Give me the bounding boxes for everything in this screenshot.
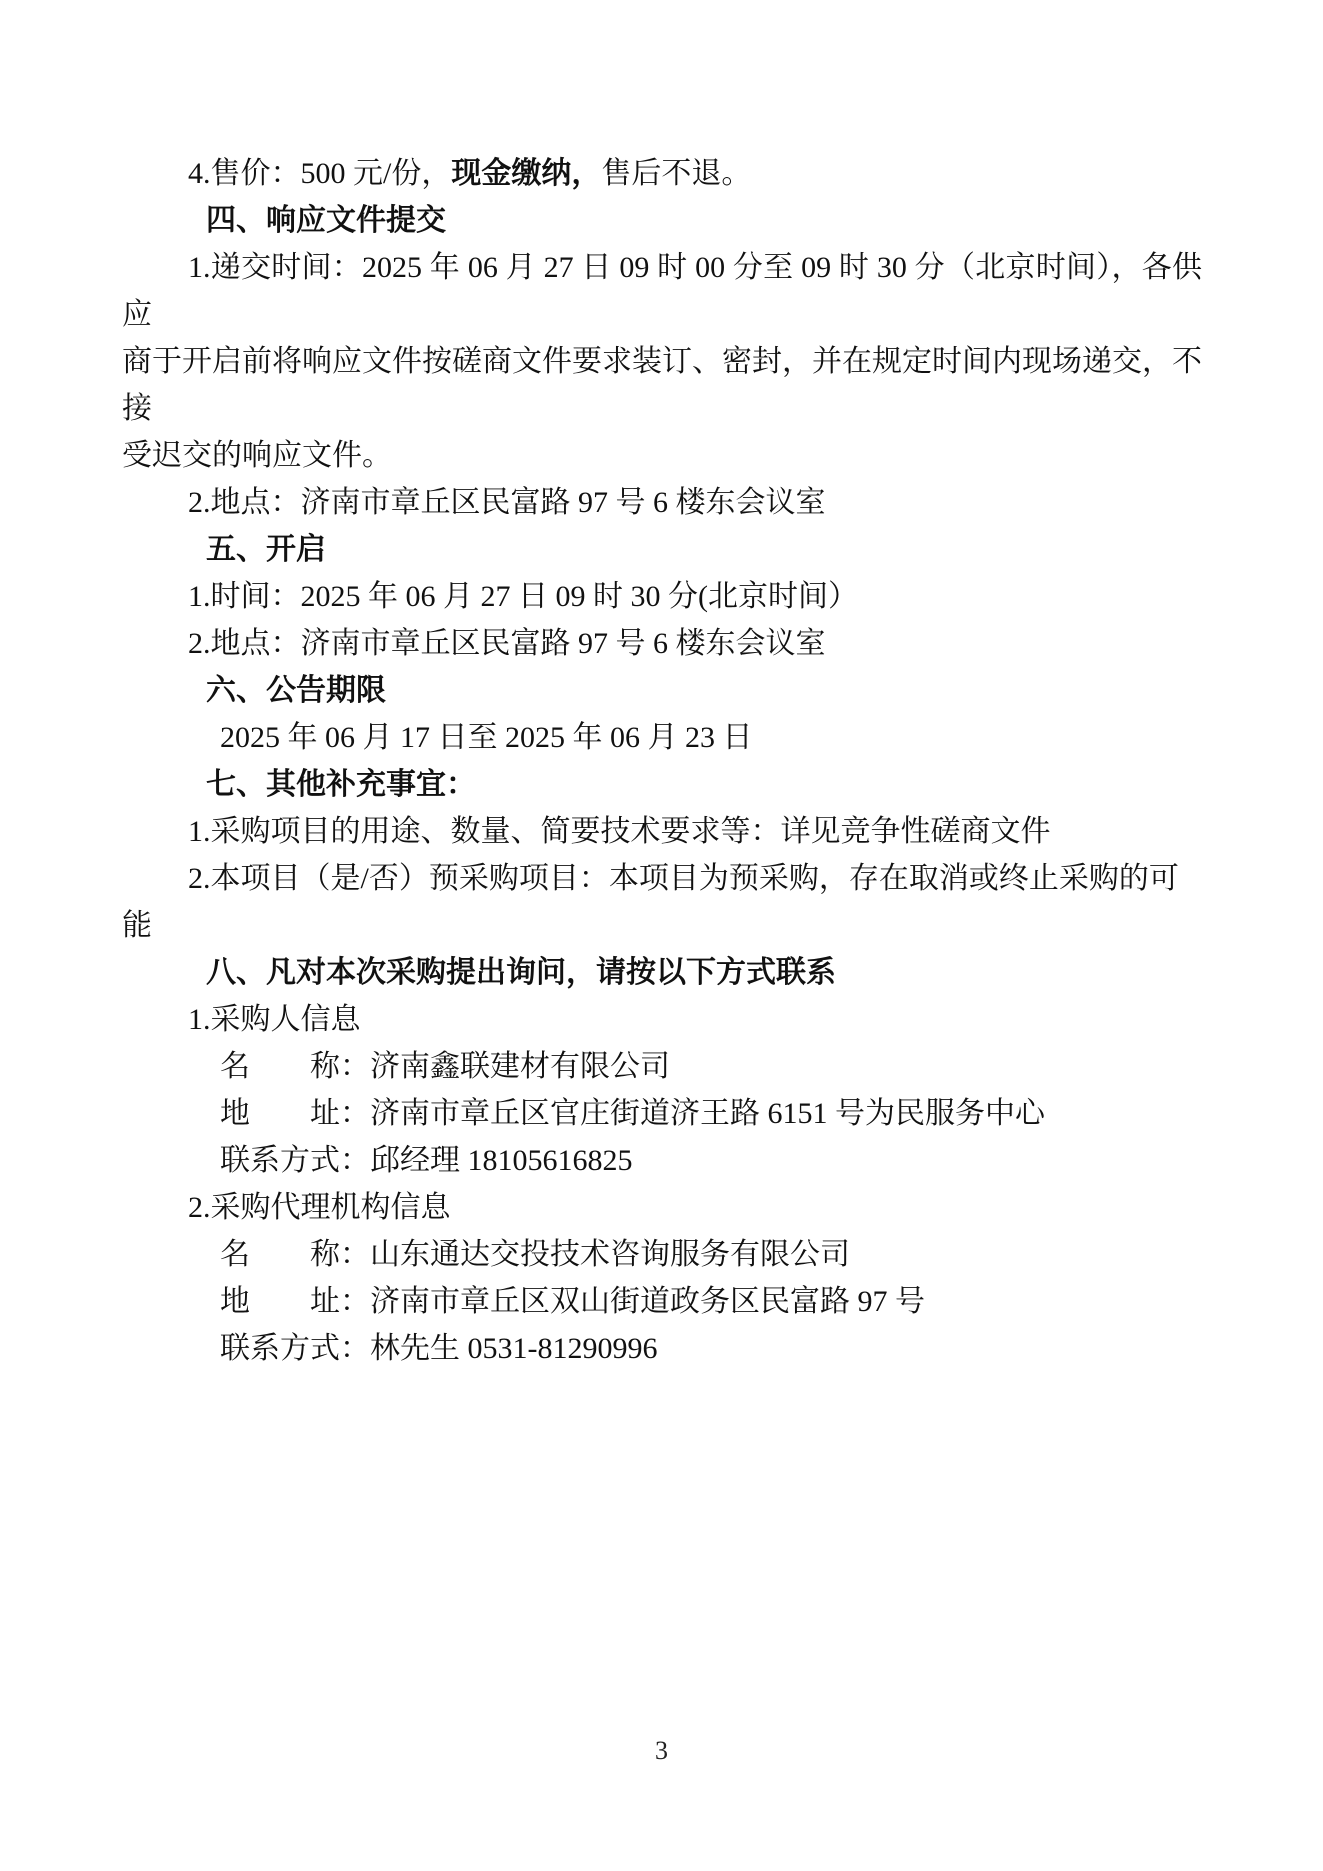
document-line: 七、其他补充事宜：	[122, 761, 1202, 808]
emphasized-text: 现金缴纳，	[451, 157, 601, 190]
document-line: 2.本项目（是/否）预采购项目：本项目为预采购，存在取消或终止采购的可能	[122, 855, 1202, 949]
page-number: 3	[0, 1736, 1323, 1766]
text-segment: 4.售价：500 元/份，	[188, 157, 451, 190]
document-line: 名 称：山东通达交投技术咨询服务有限公司	[122, 1231, 1202, 1278]
document-line: 1.采购项目的用途、数量、简要技术要求等：详见竞争性磋商文件	[122, 808, 1202, 855]
document-line: 1.递交时间：2025 年 06 月 27 日 09 时 00 分至 09 时 …	[122, 244, 1202, 338]
document-page: 4.售价：500 元/份，现金缴纳，售后不退。四、响应文件提交1.递交时间：20…	[0, 0, 1323, 1871]
document-line: 商于开启前将响应文件按磋商文件要求装订、密封，并在规定时间内现场递交，不接	[122, 338, 1202, 432]
document-line: 2.采购代理机构信息	[122, 1184, 1202, 1231]
text-segment: 售后不退。	[601, 157, 751, 190]
document-line: 六、公告期限	[122, 667, 1202, 714]
document-line: 四、响应文件提交	[122, 197, 1202, 244]
document-line: 五、开启	[122, 526, 1202, 573]
document-line: 1.采购人信息	[122, 996, 1202, 1043]
document-line: 受迟交的响应文件。	[122, 432, 1202, 479]
document-line: 名 称：济南鑫联建材有限公司	[122, 1043, 1202, 1090]
document-line: 联系方式：林先生 0531-81290996	[122, 1325, 1202, 1372]
document-line: 地 址：济南市章丘区官庄街道济王路 6151 号为民服务中心	[122, 1090, 1202, 1137]
document-line: 八、凡对本次采购提出询问，请按以下方式联系	[122, 949, 1202, 996]
document-line: 地 址：济南市章丘区双山街道政务区民富路 97 号	[122, 1278, 1202, 1325]
document-line: 4.售价：500 元/份，现金缴纳，售后不退。	[122, 150, 1202, 197]
document-line: 2.地点：济南市章丘区民富路 97 号 6 楼东会议室	[122, 620, 1202, 667]
document-line: 2025 年 06 月 17 日至 2025 年 06 月 23 日	[122, 714, 1202, 761]
document-body: 4.售价：500 元/份，现金缴纳，售后不退。四、响应文件提交1.递交时间：20…	[122, 150, 1202, 1372]
document-line: 联系方式：邱经理 18105616825	[122, 1137, 1202, 1184]
document-line: 1.时间：2025 年 06 月 27 日 09 时 30 分(北京时间）	[122, 573, 1202, 620]
document-line: 2.地点：济南市章丘区民富路 97 号 6 楼东会议室	[122, 479, 1202, 526]
